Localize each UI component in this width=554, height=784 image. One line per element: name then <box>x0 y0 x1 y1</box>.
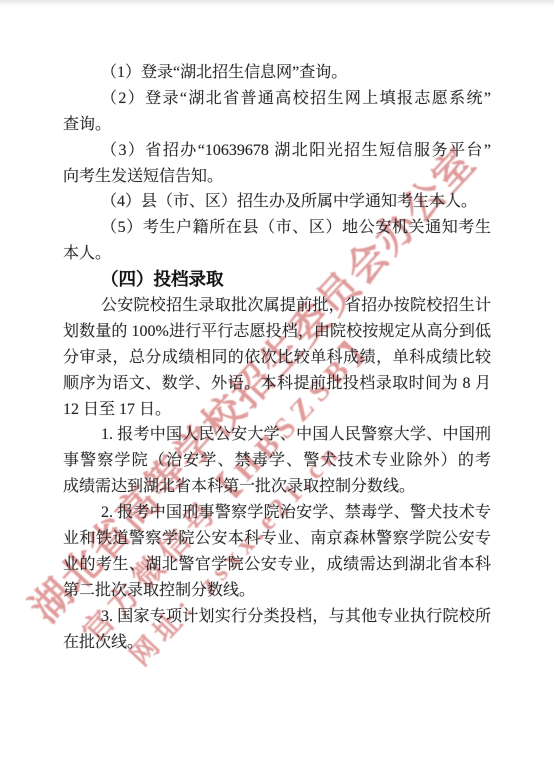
text-line: 业和铁道警察学院公安本科专业、南京森林警察学院公安专 <box>63 526 491 552</box>
text-line: 第二批次录取控制分数线。 <box>63 578 491 604</box>
text-line: 划数量的 100%进行平行志愿投档，由院校按规定从高分到低 <box>63 319 491 345</box>
document-body: （1）登录“湖北招生信息网”查询。 （2）登录“湖北省普通高校招生网上填报志愿系… <box>63 60 491 655</box>
text-line: 公安院校招生录取批次属提前批，省招办按院校招生计 <box>63 293 491 319</box>
text-line: （2）登录“湖北省普通高校招生网上填报志愿系统” <box>63 86 491 112</box>
text-line: （4）县（市、区）招生办及所属中学通知考生本人。 <box>63 189 491 215</box>
scanned-document-page: 湖北省高等学校招生委员会办公室 官方微信号【HBSZSB】 网址：zsxx.e2… <box>0 0 554 784</box>
text-line: 向考生发送短信告知。 <box>63 164 491 190</box>
text-line: 12 日至 17 日。 <box>63 397 491 423</box>
text-line: （5）考生户籍所在县（市、区）地公安机关通知考生 <box>63 215 491 241</box>
scan-top-smudge <box>0 0 554 7</box>
text-line: 3. 国家专项计划实行分类投档，与其他专业执行院校所 <box>63 604 491 630</box>
text-line: 成绩需达到湖北省本科第一批次录取控制分数线。 <box>63 474 491 500</box>
text-line: 业的考生、湖北警官学院公安专业，成绩需达到湖北省本科 <box>63 552 491 578</box>
section-heading: （四）投档录取 <box>63 267 491 293</box>
text-line: 1. 报考中国人民公安大学、中国人民警察大学、中国刑 <box>63 422 491 448</box>
text-line: （1）登录“湖北招生信息网”查询。 <box>63 60 491 86</box>
text-line: 分审录，总分成绩相同的依次比较单科成绩，单科成绩比较 <box>63 345 491 371</box>
text-line: 在批次线。 <box>63 630 491 656</box>
text-line: 查询。 <box>63 112 491 138</box>
text-line: 2. 报考中国刑事警察学院治安学、禁毒学、警犬技术专 <box>63 500 491 526</box>
text-line: 本人。 <box>63 241 491 267</box>
text-line: 顺序为语文、数学、外语。本科提前批投档录取时间为 8 月 <box>63 371 491 397</box>
text-line: 事警察学院（治安学、禁毒学、警犬技术专业除外）的考生， <box>63 448 491 474</box>
text-line: （3）省招办“10639678 湖北阳光招生短信服务平台” <box>63 138 491 164</box>
